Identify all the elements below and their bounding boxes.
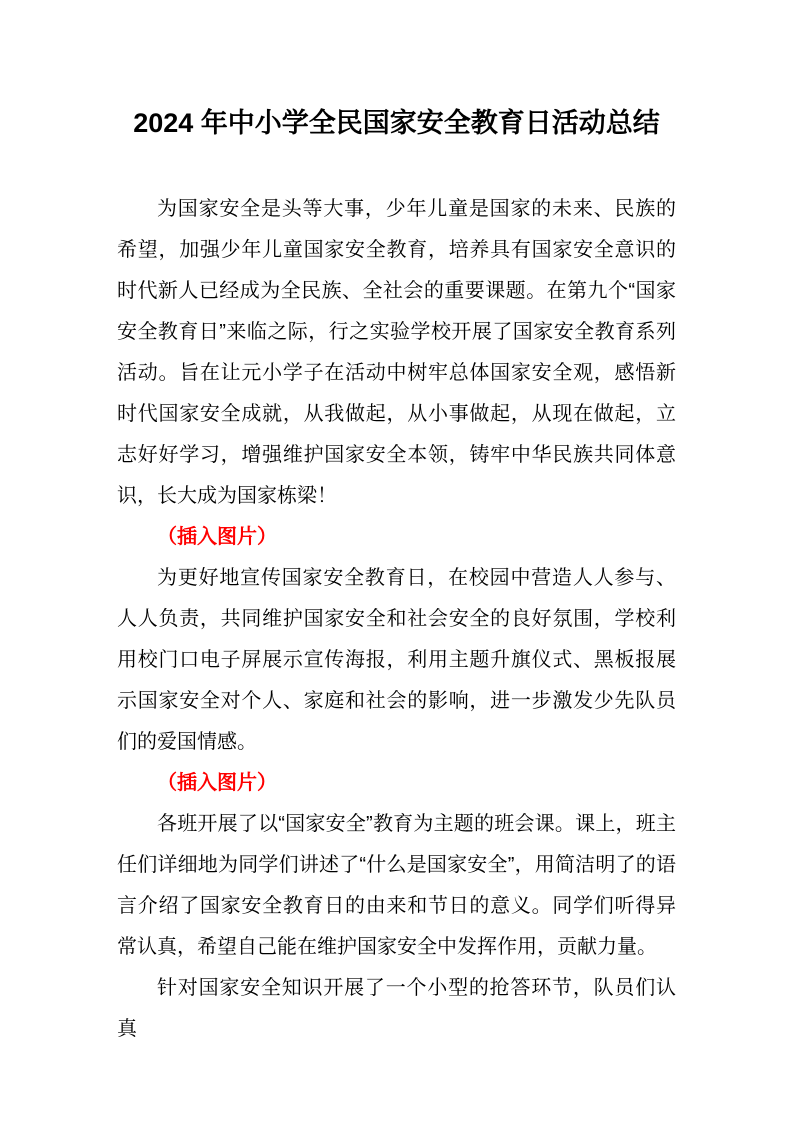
- paragraph: 为国家安全是头等大事，少年儿童是国家的未来、民族的希望，加强少年儿童国家安全教育…: [117, 189, 676, 517]
- paragraph: 针对国家安全知识开展了一个小型的抢答环节，队员们认真: [117, 968, 676, 1050]
- page-title: 2024 年中小学全民国家安全教育日活动总结: [60, 103, 733, 143]
- document-page: 2024 年中小学全民国家安全教育日活动总结 为国家安全是头等大事，少年儿童是国…: [0, 0, 793, 1122]
- document-body: 为国家安全是头等大事，少年儿童是国家的未来、民族的希望，加强少年儿童国家安全教育…: [117, 189, 676, 1050]
- paragraph: 各班开展了以“国家安全”教育为主题的班会课。课上，班主任们详细地为同学们讲述了“…: [117, 804, 676, 968]
- image-placeholder-marker: （插入图片）: [117, 517, 676, 558]
- paragraph: 为更好地宣传国家安全教育日，在校园中营造人人参与、人人负责，共同维护国家安全和社…: [117, 558, 676, 763]
- image-placeholder-marker: （插入图片）: [117, 763, 676, 804]
